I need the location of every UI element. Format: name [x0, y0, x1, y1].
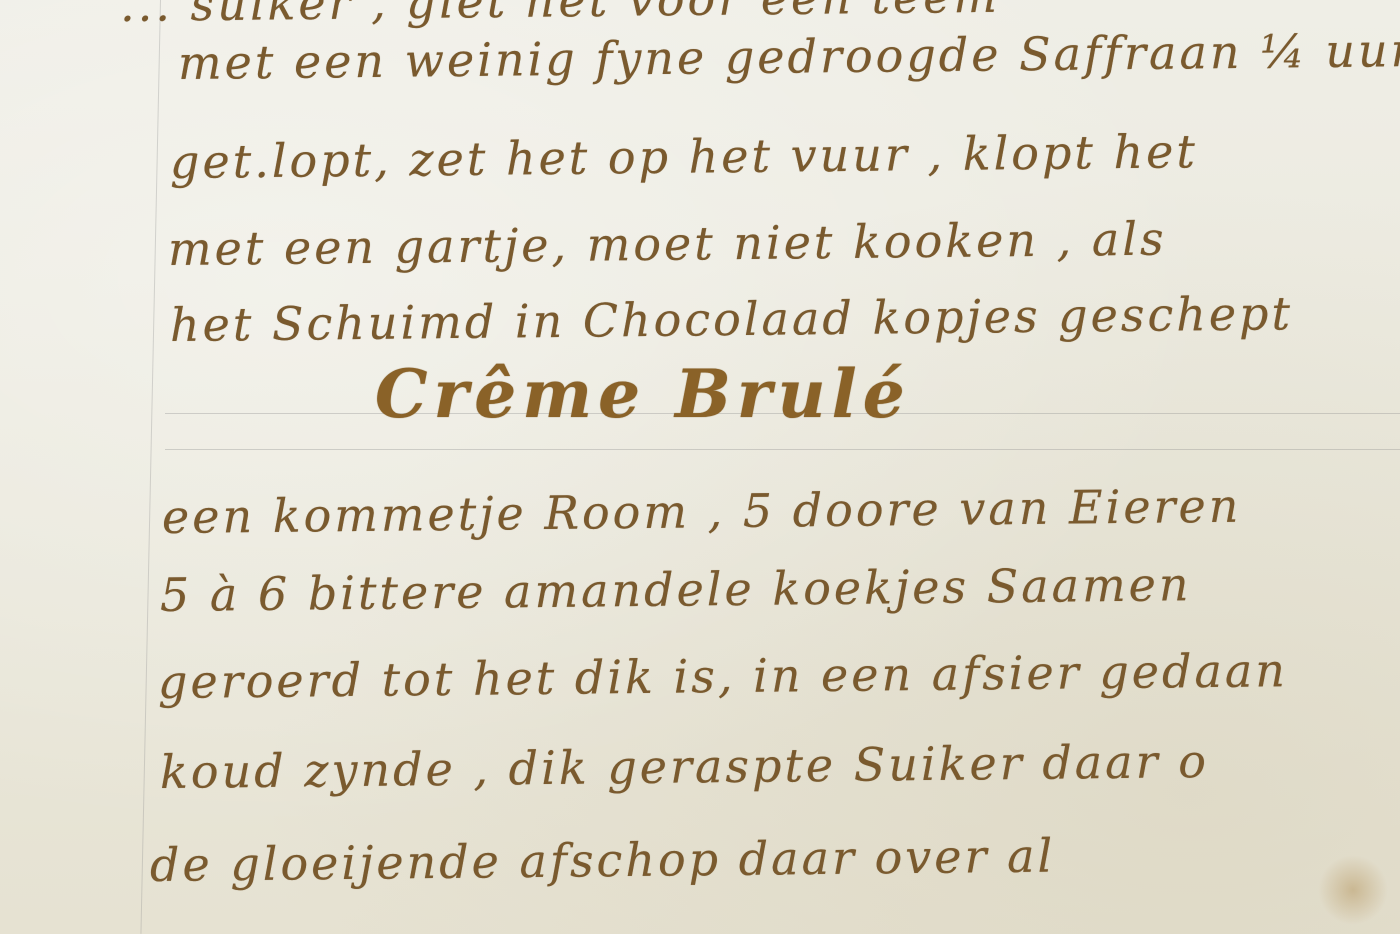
text-line: 5 à 6 bittere amandele koekjes Saamen — [160, 557, 1192, 622]
text-line: een kommetje Room , 5 doore van Eieren — [162, 479, 1242, 544]
ruled-line-below-title — [165, 449, 1400, 450]
text-line: ... suiker , giet het voor een teem — [120, 0, 1001, 32]
margin-rule — [140, 0, 161, 934]
text-line: met een weinig fyne gedroogde Saffraan ¼… — [178, 23, 1400, 90]
text-line: de gloeijende afschop daar over al — [150, 829, 1056, 892]
text-line: met een gartje, moet niet kooken , als — [168, 212, 1167, 276]
recipe-title: Crême Brulé — [375, 355, 911, 433]
manuscript-page: ... suiker , giet het voor een teem met … — [0, 0, 1400, 934]
text-line: get.lopt, zet het op het vuur , klopt he… — [170, 124, 1198, 189]
text-line: geroerd tot het dik is, in een afsier ge… — [158, 643, 1288, 709]
ink-stain — [1318, 855, 1388, 925]
text-line: koud zynde , dik geraspte Suiker daar o — [160, 734, 1209, 799]
text-line: het Schuimd in Chocolaad kopjes geschept — [170, 286, 1294, 352]
